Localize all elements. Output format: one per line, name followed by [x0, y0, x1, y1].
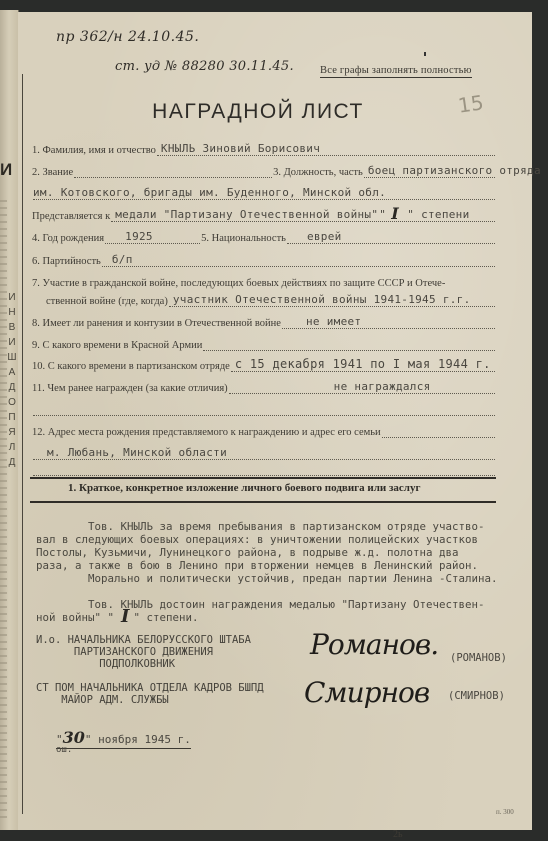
print-code: п. 300 — [496, 808, 514, 816]
field-line — [33, 403, 495, 416]
field-partisan-since: 10. С какого времени в партизанском отря… — [32, 356, 496, 372]
field-label: 7. Участие в гражданской войне, последую… — [32, 278, 445, 289]
field-war-participation: ственной войне (где, когда) участник Оте… — [46, 291, 496, 307]
document-date: "30" ноября 1945 г. — [56, 728, 191, 749]
field-line: с 15 декабря 1941 по I мая 1944 г. — [231, 359, 495, 372]
field-line: не имеет — [282, 316, 495, 329]
field-address-cont — [32, 460, 496, 476]
field-party: 6. Партийность б/п — [32, 251, 496, 267]
typist-initials: ош. — [56, 745, 72, 755]
handwritten-certificate-number: ст. уд № 88280 30.11.45. — [115, 59, 294, 74]
margin-vertical-letters: ИНВИШАДОПЯЛД — [7, 290, 17, 470]
previous-awards-value: не награждался — [334, 380, 431, 393]
field-line — [203, 338, 495, 351]
field-line: медали "Партизану Отечественной войны" "… — [111, 209, 495, 222]
unit-value: им. Котовского, бригады им. Буденного, М… — [33, 186, 386, 199]
field-label: 9. С какого времени в Красной Армии — [32, 340, 202, 351]
signature-2: Смирнов — [304, 676, 429, 709]
date-month-year: " ноября 1945 г. — [85, 733, 191, 746]
field-label: 3. Должность, часть — [273, 167, 363, 178]
pencil-page-number: 15 — [456, 90, 485, 117]
fill-instruction: Все графы заполнять полностью — [320, 65, 472, 78]
field-wounds: 8. Имеет ли ранения и контузии в Отечест… — [32, 313, 496, 329]
party-value: б/п — [112, 253, 133, 266]
field-label: 8. Имеет ли ранения и контузии в Отечест… — [32, 318, 281, 329]
field-rank-position: 2. Звание 3. Должность, часть боец парти… — [32, 162, 496, 178]
field-line: м. Любань, Минской области — [33, 447, 495, 460]
birth-year-value: 1925 — [125, 230, 153, 243]
field-line: им. Котовского, бригады им. Буденного, М… — [33, 187, 495, 200]
field-red-army-since: 9. С какого времени в Красной Армии — [32, 335, 496, 351]
field-birth-nationality: 4. Год рождения 1925 5. Национальность е… — [32, 228, 496, 244]
field-label: 12. Адрес места рождения представляемого… — [32, 427, 381, 438]
field-address: м. Любань, Минской области — [32, 444, 496, 460]
section-rule-top — [30, 477, 496, 479]
nationality-value: еврей — [307, 230, 342, 243]
war-participation-value: участник Отечественной войны 1941-1945 г… — [173, 293, 471, 306]
margin-edge-glyph: И — [0, 160, 12, 180]
field-label: Представляется к — [32, 211, 110, 222]
field-label: 10. С какого времени в партизанском отря… — [32, 361, 230, 372]
full-name-value: КНЫЛЬ Зиновий Борисович — [161, 142, 320, 155]
field-line: б/п — [102, 254, 495, 267]
degree-mark: I — [121, 606, 129, 627]
field-line — [33, 463, 495, 476]
section-title: 1. Краткое, конкретное изложение личного… — [68, 482, 420, 494]
merit-description: Тов. КНЫЛЬ за время пребывания в партиза… — [36, 520, 506, 624]
margin-text-fragments — [0, 200, 7, 820]
award-sheet-page: пр 362/н 24.10.45. ст. уд № 88280 30.11.… — [18, 12, 532, 830]
wounds-value: не имеет — [306, 315, 361, 328]
section-rule-bottom — [30, 501, 496, 503]
field-line — [382, 425, 495, 438]
field-label: 6. Партийность — [32, 256, 101, 267]
bottom-mark: 2ь — [393, 829, 403, 840]
quote-mark: " — [379, 208, 386, 221]
rank-line — [74, 165, 272, 178]
nationality-line: еврей — [287, 231, 495, 244]
field-label: 2. Звание — [32, 167, 73, 178]
field-previous-awards-cont — [32, 400, 496, 416]
field-label: 1. Фамилия, имя и отчество — [32, 145, 156, 156]
left-margin-strip: И ИНВИШАДОПЯЛД — [0, 10, 19, 830]
award-value: медали "Партизану Отечественной войны" — [115, 208, 378, 221]
field-war-participation-label: 7. Участие в гражданской войне, последую… — [32, 273, 496, 289]
document-title: НАГРАДНОЙ ЛИСТ — [118, 100, 398, 124]
address-value: м. Любань, Минской области — [47, 446, 227, 459]
field-line: КНЫЛЬ Зиновий Борисович — [157, 143, 495, 156]
award-degree: I — [391, 204, 399, 223]
field-label: 11. Чем ранее награжден (за какие отличи… — [32, 383, 228, 394]
field-label: 4. Год рождения — [32, 233, 104, 244]
ink-dot — [424, 52, 426, 56]
field-presented-for: Представляется к медали "Партизану Отече… — [32, 206, 496, 222]
signatory-2-name: (СМИРНОВ) — [448, 690, 505, 702]
field-position-cont: им. Котовского, бригады им. Буденного, М… — [32, 184, 496, 200]
field-label: ственной войне (где, когда) — [46, 296, 168, 307]
signatory-1-title: И.о. НАЧАЛЬНИКА БЕЛОРУССКОГО ШТАБА ПАРТИ… — [36, 634, 251, 670]
field-address-label: 12. Адрес места рождения представляемого… — [32, 422, 496, 438]
field-full-name: 1. Фамилия, имя и отчество КНЫЛЬ Зиновий… — [32, 140, 496, 156]
field-line: участник Отечественной войны 1941-1945 г… — [169, 294, 495, 307]
signatory-2-title: СТ ПОМ НАЧАЛЬНИКА ОТДЕЛА КАДРОВ БШПД МАЙ… — [36, 682, 264, 706]
degree-suffix: " степени — [407, 208, 469, 221]
signatory-1-name: (РОМАНОВ) — [450, 652, 507, 664]
birth-year-line: 1925 — [105, 231, 200, 244]
handwritten-order-number: пр 362/н 24.10.45. — [56, 29, 199, 45]
position-value: боец партизанского отряда — [368, 164, 541, 177]
margin-rule — [22, 74, 23, 814]
signature-1: Романов. — [310, 628, 438, 661]
field-previous-awards: 11. Чем ранее награжден (за какие отличи… — [32, 378, 496, 394]
position-line: боец партизанского отряда — [364, 165, 495, 178]
field-label: 5. Национальность — [201, 233, 286, 244]
partisan-since-value: с 15 декабря 1941 по I мая 1944 г. — [235, 357, 491, 371]
field-line: не награждался — [229, 381, 495, 394]
